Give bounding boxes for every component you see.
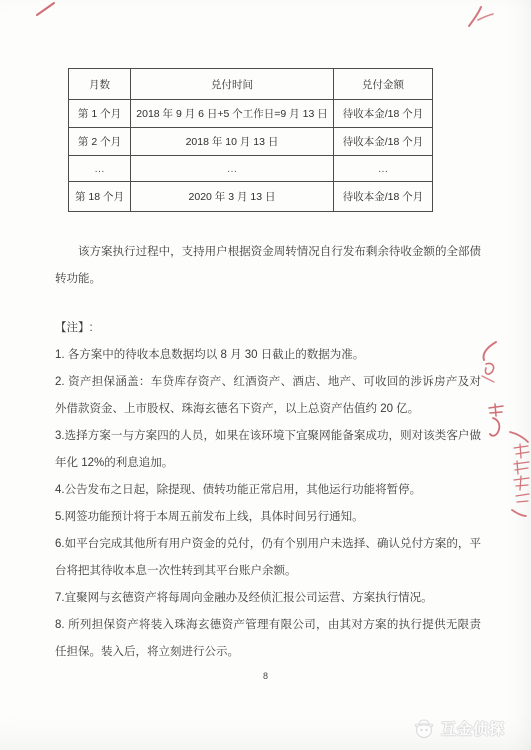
cell-payment-amount: … [334,156,433,182]
red-ink-mark-top-left [35,1,57,17]
note-item-8: 8. 所列担保资产将装入珠海玄德资产管理有限公司，由其对方案的执行提供无限责任担… [55,612,481,666]
note-item-2: 2. 资产担保涵盖：车贷库存资产、红酒资产、酒店、地产、可收回的涉诉房产及对外借… [55,369,481,423]
cell-payment-time: … [131,156,334,182]
cell-month: … [69,156,131,182]
note-item-5: 5.网签功能预计将于本周五前发布上线，具体时间另行通知。 [55,504,481,531]
watermark-text: 互金侦探 [441,718,505,739]
cell-month: 第 18 个月 [69,182,131,212]
table-header-row: 月数 兑付时间 兑付金额 [69,69,433,100]
column-header-month: 月数 [69,69,131,100]
detective-icon [412,717,436,739]
cell-payment-amount: 待收本金/18 个月 [334,100,433,128]
cell-payment-amount: 待收本金/18 个月 [334,128,433,156]
red-ink-mark-right-2 [486,402,508,440]
note-item-7: 7.宜聚网与玄德资产将每周向金融办及经侦汇报公司运营、方案执行情况。 [55,585,481,612]
cell-payment-time: 2020 年 3 月 13 日 [131,182,334,212]
note-item-6: 6.如平台完成其他所有用户资金的兑付，仍有个别用户未选择、确认兑付方案的，平台将… [55,531,481,585]
scanned-document-page: 月数 兑付时间 兑付金额 第 1 个月 2018 年 9 月 6 日+5 个工作… [0,0,531,750]
note-item-3: 3.选择方案一与方案四的人员，如果在该环境下宜聚网能备案成功，则对该类客户做年化… [55,423,481,477]
red-ink-mark-right-vertical [504,428,531,520]
table-row: 第 2 个月 2018 年 10 月 13 日 待收本金/18 个月 [69,128,433,156]
table-row: 第 1 个月 2018 年 9 月 6 日+5 个工作日=9 月 13 日 待收… [69,100,433,128]
page-number: 8 [0,671,531,681]
notes-label: 【注】: [55,315,481,342]
document-content: 月数 兑付时间 兑付金额 第 1 个月 2018 年 9 月 6 日+5 个工作… [55,0,481,666]
watermark: 互金侦探 [412,717,505,739]
cell-payment-time: 2018 年 10 月 13 日 [131,128,334,156]
redemption-schedule-table: 月数 兑付时间 兑付金额 第 1 个月 2018 年 9 月 6 日+5 个工作… [68,68,433,212]
intro-paragraph: 该方案执行过程中，支持用户根据资金周转情况自行发布剩余待收金额的全部债转功能。 [55,239,481,293]
table-row: 第 18 个月 2020 年 3 月 13 日 待收本金/18 个月 [69,182,433,212]
cell-month: 第 2 个月 [69,128,131,156]
cell-payment-time: 2018 年 9 月 6 日+5 个工作日=9 月 13 日 [131,100,334,128]
cell-payment-amount: 待收本金/18 个月 [334,182,433,212]
column-header-payment-amount: 兑付金额 [334,69,433,100]
column-header-payment-time: 兑付时间 [131,69,334,100]
table-row-ellipsis: … … … [69,156,433,182]
note-item-4: 4.公告发布之日起，除提现、债转功能正常启用，其他运行功能将暂停。 [55,477,481,504]
cell-month: 第 1 个月 [69,100,131,128]
note-item-1: 1. 各方案中的待收本息数据均以 8 月 30 日截止的数据为准。 [55,342,481,369]
